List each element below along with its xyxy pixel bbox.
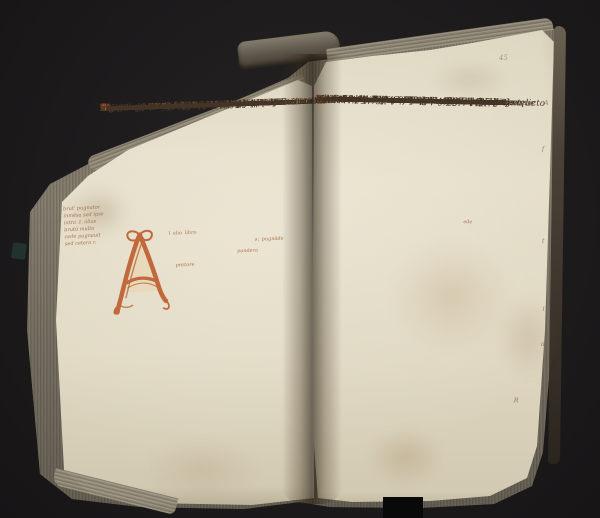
marginal-gloss: brut' pugnatorinmēsa sed ipseintra .t. a… xyxy=(63,204,117,249)
margin-mark: a xyxy=(541,341,545,348)
margin-mark: i xyxy=(542,306,544,313)
folio-number: 45 xyxy=(499,54,508,62)
left-text-column: Bella casus erat graue pars maxima class… xyxy=(100,95,316,103)
interlinear-gloss: s; pugnādo xyxy=(255,237,284,243)
margin-mark: A xyxy=(544,100,549,107)
interlinear-gloss: pondera xyxy=(237,249,258,255)
cover-fragment xyxy=(11,242,27,260)
margin-mark: t xyxy=(542,238,545,245)
interlinear-gloss: pretore xyxy=(176,263,195,269)
margin-mark: R xyxy=(514,397,519,404)
decorated-initial-a xyxy=(110,227,171,319)
interlinear-gloss: ede xyxy=(463,220,472,225)
margin-mark: ſ xyxy=(542,146,545,153)
book-cradle xyxy=(383,497,423,518)
interlinear-gloss: ī alio libro xyxy=(169,231,197,237)
manuscript-photo: Bella casus erat graue pars maxima class… xyxy=(0,0,600,518)
